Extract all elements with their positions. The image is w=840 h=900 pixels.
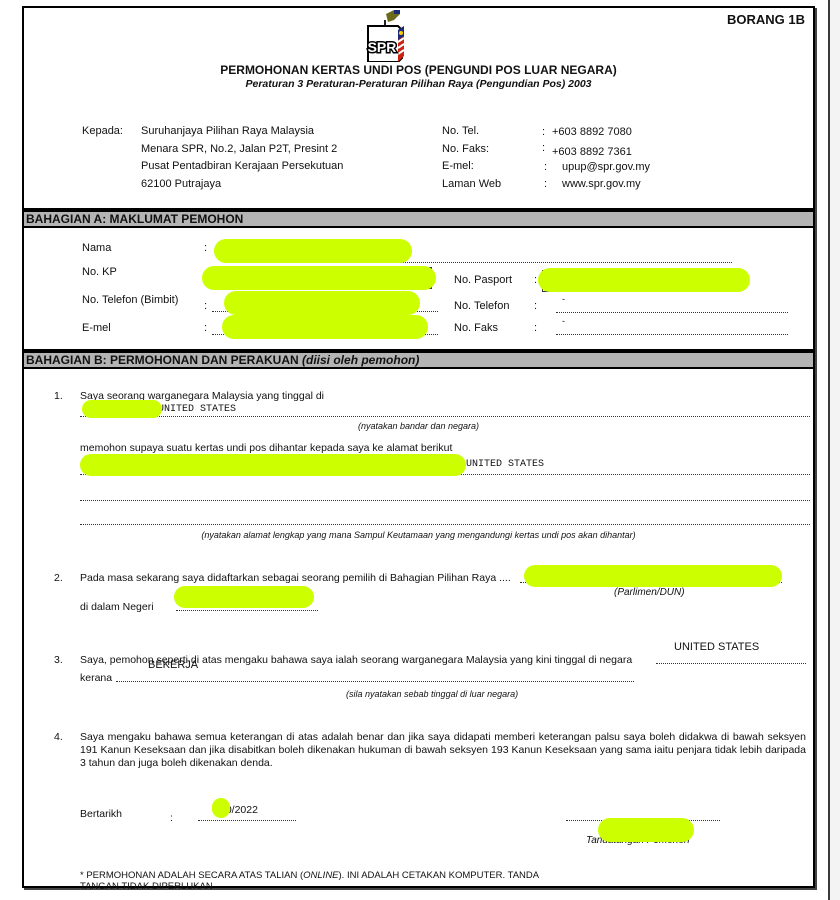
contact-website-link[interactable]: www.spr.gov.my — [562, 178, 641, 190]
section-b-heading: BAHAGIAN B: PERMOHONAN DAN PERAKUAN (dii… — [24, 349, 813, 369]
scrollbar[interactable] — [828, 0, 840, 900]
date-field-line[interactable] — [198, 820, 296, 821]
svg-text:SPR: SPR — [368, 39, 397, 55]
parlimen-dun-caption: (Parlimen/DUN) — [614, 587, 685, 598]
no-telefon-value: - — [562, 294, 565, 304]
colon: : — [534, 274, 537, 286]
item-2-text: Pada masa sekarang saya didaftarkan seba… — [80, 572, 511, 585]
colon: : — [204, 322, 207, 334]
form-page: BORANG 1B SPR PERMOHONAN KERTAS UNDI POS… — [22, 6, 815, 888]
form-code: BORANG 1B — [727, 12, 805, 27]
contact-colon: : — [544, 178, 547, 190]
redaction-mark — [82, 400, 162, 418]
address-caption: (nyatakan alamat lengkap yang mana Sampu… — [24, 530, 813, 540]
recipient-address-line: Pusat Pentadbiran Kerajaan Persekutuan — [141, 160, 343, 172]
redaction-mark — [80, 454, 466, 476]
contact-label: Laman Web — [442, 178, 501, 190]
field-label-no-faks: No. Faks — [454, 322, 498, 334]
redaction-mark — [598, 818, 694, 842]
redaction-mark — [538, 268, 750, 292]
date-label: Bertarikh — [80, 808, 122, 821]
footnote-line-1: * PERMOHONAN ADALAH SECARA ATAS TALIAN (… — [80, 870, 539, 881]
contact-colon: : — [542, 142, 545, 154]
reason-field-line[interactable] — [116, 681, 634, 682]
field-label-no-pasport: No. Pasport — [454, 274, 512, 286]
field-label-emel: E-mel — [82, 322, 111, 334]
residence-field-line[interactable] — [80, 416, 810, 417]
colon: : — [534, 300, 537, 312]
footnote-prefix: * PERMOHONAN ADALAH SECARA ATAS TALIAN ( — [80, 870, 303, 881]
recipient-address-line: 62100 Putrajaya — [141, 178, 221, 190]
negeri-label: di dalam Negeri — [80, 601, 154, 614]
section-a-heading-text: BAHAGIAN A: MAKLUMAT PEMOHON — [26, 212, 243, 226]
section-a-heading: BAHAGIAN A: MAKLUMAT PEMOHON — [24, 208, 813, 228]
country-value: UNITED STATES — [674, 641, 759, 653]
no-faks-value: - — [562, 316, 565, 326]
contact-label: No. Tel. — [442, 125, 479, 137]
contact-email-link[interactable]: upup@spr.gov.my — [562, 161, 650, 173]
contact-fax-value: +603 8892 7361 — [552, 146, 632, 158]
field-label-no-telefon: No. Telefon — [454, 300, 509, 312]
redaction-mark — [224, 291, 420, 315]
footnote-suffix: ). INI ADALAH CETAKAN KOMPUTER. TANDA — [339, 870, 540, 881]
contact-colon: : — [542, 126, 545, 138]
item-number: 2. — [54, 572, 63, 585]
recipient-address-line: Suruhanjaya Pilihan Raya Malaysia — [141, 125, 314, 137]
redaction-mark — [222, 315, 428, 339]
reason-value: BEKERJA — [148, 659, 198, 671]
item-number: 1. — [54, 390, 63, 403]
colon: : — [204, 300, 207, 312]
section-b-heading-note: (diisi oleh pemohon) — [302, 353, 419, 367]
recipient-address-line: Menara SPR, No.2, Jalan P2T, Presint 2 — [141, 143, 337, 155]
colon: : — [170, 812, 173, 825]
reason-caption: (sila nyatakan sebab tinggal di luar neg… — [346, 689, 518, 699]
redaction-mark — [524, 565, 782, 587]
field-label-no-kp: No. KP — [82, 266, 117, 278]
recipient-label: Kepada: — [82, 125, 123, 137]
item-4-declaration: Saya mengaku bahawa semua keterangan di … — [80, 731, 806, 770]
no-faks-field-line[interactable] — [556, 334, 788, 335]
item-number: 4. — [54, 731, 63, 744]
contact-colon: : — [544, 161, 547, 173]
colon: : — [204, 242, 207, 254]
field-label-nama: Nama — [82, 242, 111, 254]
footnote-online: ONLINE — [303, 870, 338, 881]
address-field-line-2[interactable] — [80, 500, 810, 501]
colon: : — [534, 322, 537, 334]
redaction-mark — [214, 239, 412, 263]
form-subtitle: Peraturan 3 Peraturan-Peraturan Pilihan … — [24, 78, 813, 90]
redaction-mark — [202, 266, 436, 290]
residence-value: UNITED STATES — [158, 404, 236, 415]
residence-caption: (nyatakan bandar dan negara) — [24, 421, 813, 431]
redaction-mark — [174, 586, 314, 608]
spr-ballot-box-logo-icon: SPR — [362, 10, 410, 62]
negeri-field-line[interactable] — [176, 610, 318, 611]
form-title: PERMOHONAN KERTAS UNDI POS (PENGUNDI POS… — [24, 63, 813, 77]
section-b-heading-text: BAHAGIAN B: PERMOHONAN DAN PERAKUAN — [26, 353, 299, 367]
contact-label: E-mel: — [442, 160, 474, 172]
address-field-line-3[interactable] — [80, 524, 810, 525]
address-value: UNITED STATES — [466, 459, 544, 470]
contact-tel-value: +603 8892 7080 — [552, 126, 632, 138]
reason-label: kerana — [80, 672, 112, 685]
redaction-mark — [212, 798, 230, 818]
field-label-no-telefon-bimbit: No. Telefon (Bimbit) — [82, 294, 178, 306]
item-number: 3. — [54, 654, 63, 667]
footnote-line-2: TANGAN TIDAK DIPERLUKAN — [80, 881, 213, 892]
no-telefon-field-line[interactable] — [556, 312, 788, 313]
country-field-line[interactable] — [656, 663, 806, 664]
contact-label: No. Faks: — [442, 143, 489, 155]
